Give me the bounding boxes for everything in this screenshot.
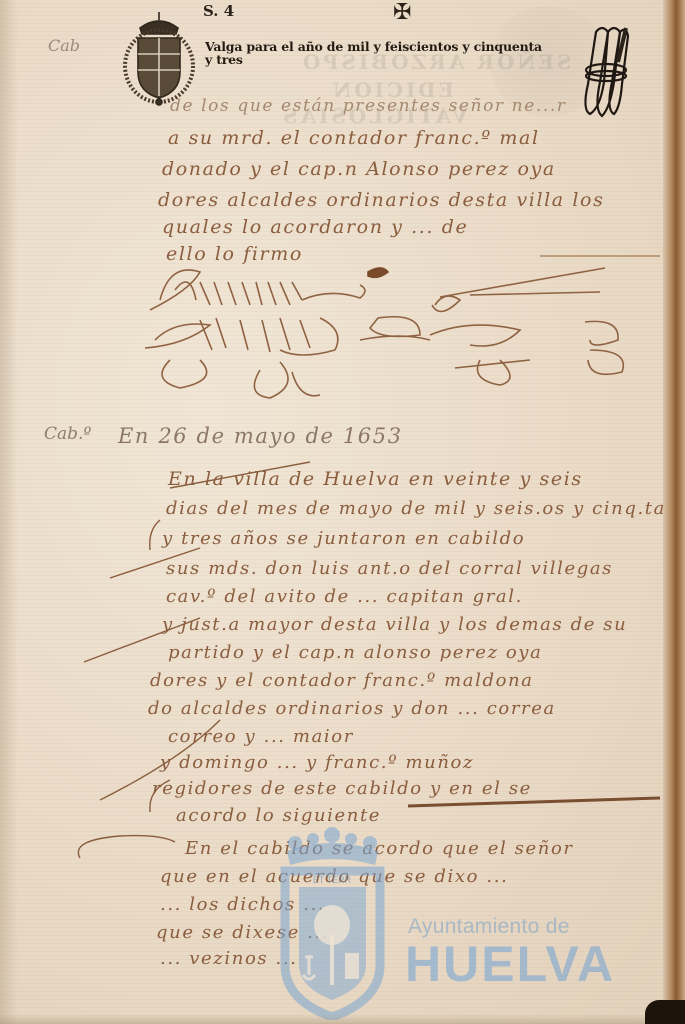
text-line: dores alcaldes ordinarios desta villa lo…	[158, 189, 604, 211]
stamp-validity-text: Valga para el año de mil y feiscientos y…	[205, 40, 580, 66]
text-line: dias del mes de mayo de mil y seis.os y …	[166, 498, 666, 519]
text-line: y just.a mayor desta villa y los demas d…	[162, 614, 627, 635]
text-line: ello lo firmo	[166, 243, 303, 265]
svg-text:ET TERR: ET TERR	[313, 875, 352, 885]
text-line: de los que están presentes señor ne...r	[170, 96, 567, 116]
text-line: partido y el cap.n alonso perez oya	[168, 642, 542, 663]
text-line: do alcaldes ordinarios y don ... correa	[148, 698, 556, 719]
text-line: En la villa de Huelva en veinte y seis	[168, 468, 583, 490]
text-line: quales lo acordaron y ... de	[162, 216, 468, 238]
huelva-shield-watermark-icon: ET TERR	[275, 825, 390, 1020]
stamp-line-2: y tres	[205, 53, 580, 66]
manuscript-page: SEÑOR ARZOBISPO EDICION VATIGLOSIAS S. 4…	[0, 0, 685, 1024]
stamp-line-1: Valga para el año de mil y feiscientos y…	[205, 40, 580, 53]
text-line: acordo lo siguiente	[176, 805, 381, 826]
text-line: y tres años se juntaron en cabildo	[162, 528, 525, 549]
page-left-edge	[0, 0, 18, 1024]
text-line: cav.º del avito de ... capitan gral.	[166, 586, 523, 607]
text-line: correo y ... maior	[168, 726, 354, 747]
text-line: sus mds. don luis ant.o del corral ville…	[166, 558, 613, 579]
margin-note-top: Cab	[48, 36, 80, 55]
notarial-rubric-icon	[578, 22, 633, 122]
text-line: y domingo ... y franc.º muñoz	[160, 752, 474, 773]
margin-note-date: Cab.º	[44, 424, 91, 444]
folio-number: S. 4	[203, 2, 234, 20]
text-line: dores y el contador franc.º maldona	[150, 670, 534, 691]
text-line: donado y el cap.n Alonso perez oya	[162, 158, 556, 180]
book-cover-corner	[645, 1000, 685, 1024]
entry-date: En 26 de mayo de 1653	[118, 424, 403, 448]
text-line: regidores de este cabildo y en el se	[152, 778, 532, 799]
watermark-huelva: HUELVA	[405, 938, 615, 990]
coat-of-arms-icon	[118, 10, 200, 106]
text-line: a su mrd. el contador franc.º mal	[168, 127, 540, 149]
page-bottom-edge	[0, 1014, 685, 1024]
book-binding-edge	[663, 0, 685, 1024]
cross-icon: ✠	[393, 0, 411, 25]
